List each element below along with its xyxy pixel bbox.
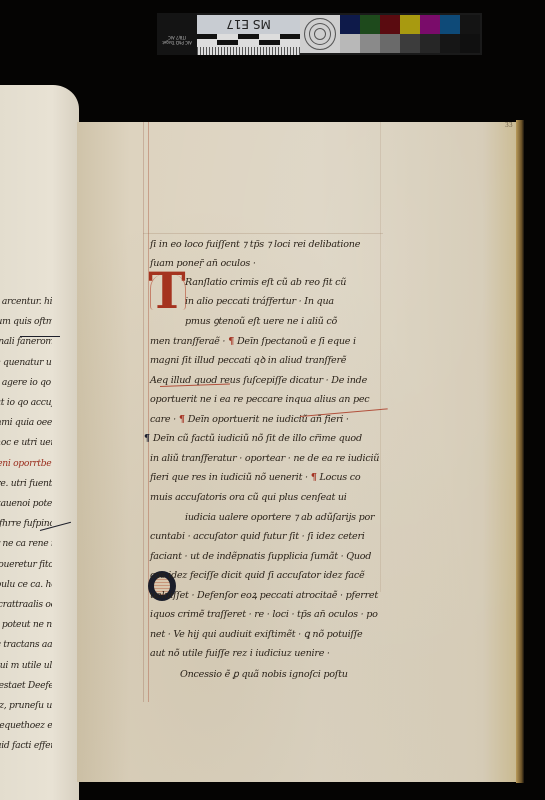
shelfmark-label: MS E17 [197, 15, 300, 34]
color-calibration-target: AIC PhD Target IT8/7 AIC MS E17 [157, 13, 482, 55]
verso-text-line: oe quenatur ui [0, 353, 52, 373]
line-text: cos idez feciſſe dicit quid ſi accuſator… [150, 570, 364, 581]
scale-ruler [197, 34, 300, 55]
line-text: aut nõ utile fuiſſe rez i iudiciuz uenir… [150, 648, 330, 659]
manuscript-text-line: oportuerit ne i ea re peccare inqua aliu… [150, 393, 369, 413]
line-text: Ranſlatio crimis eſt cũ ab reo fit cũ [185, 277, 346, 288]
line-text: pmus ꝯtenoũ eſt uere ne i aliũ cõ [185, 316, 337, 327]
verso-text-line: re arcentur. hic [0, 292, 52, 312]
verso-text-line: fic tractans aau [0, 635, 52, 655]
color-patch [440, 15, 460, 34]
manuscript-text-line: men tranſferaẽ · ¶ Deīn ſpectanoũ e ſi e… [150, 335, 356, 355]
line-text: Deīn oportuerit ne iudiciũ añ fieri · [185, 414, 349, 425]
verso-text-line: re agere io qo re [0, 373, 52, 393]
manuscript-text-line: magni ſit illud peccati qꝺ in aliud tran… [150, 354, 346, 374]
line-text: iudicia ualere oportere ⁊ ab adũſarijs p… [185, 512, 374, 523]
color-patch [380, 34, 400, 53]
verso-text-line: pbulu ce ca. hoc [0, 575, 52, 595]
manuscript-text-line: ſi in eo loco fuiſſent ⁊ tp̃s ⁊ loci rei… [150, 238, 360, 258]
ruling-line-vertical [148, 122, 149, 702]
paragraph-mark-icon: ¶ [308, 472, 317, 483]
line-text: ſuam poneṝ an̄ oculos · [150, 258, 256, 269]
line-text: cuntabi · accuſator quid futur ſit · ſi … [150, 531, 365, 542]
verso-text-line: ipoueretur fito [0, 555, 52, 575]
page-fore-edge [516, 120, 524, 783]
manuscript-text-line: iquos crimẽ traſſeret · re · loci · tp̃s… [150, 608, 378, 628]
paragraph-mark-icon: ¶ [144, 433, 153, 444]
color-patch [360, 15, 380, 34]
line-text: fieri que res in iudiciũ nõ uenerit · [150, 472, 308, 483]
verso-text-fragment: re arcentur. hicftum quis oftmauinali fa… [0, 292, 52, 757]
manuscript-text-line: cuntabi · accuſator quid futur ſit · ſi … [150, 530, 365, 550]
manuscript-text-line: Oncessio ẽ ꝑ quã nobis ignoſci poſtu [180, 668, 348, 688]
manuscript-text-line: ſuam poneṝ an̄ oculos · [150, 257, 256, 277]
line-text: Oncessio ẽ ꝑ quã nobis ignoſci poſtu [180, 669, 348, 680]
line-text: magni ſit illud peccati qꝺ in aliud tran… [150, 355, 346, 366]
verso-page-edge: re arcentur. hicftum quis oftmauinali fa… [0, 85, 79, 800]
color-patch [340, 15, 360, 34]
color-patch [400, 34, 420, 53]
line-text: Aeq illud quod reus ſuſcepiſſe dicatur ·… [150, 375, 367, 386]
manuscript-text-line: care · ¶ Deīn oportuerit ne iudiciũ añ f… [150, 413, 349, 433]
verso-text-line: Deni oporrtber [0, 454, 52, 474]
manuscript-text-line: iudicia ualere oportere ⁊ ab adũſarijs p… [185, 511, 374, 531]
color-patch [360, 34, 380, 53]
manuscript-text-line: aut nõ utile fuiſſe rez i iudiciuz uenir… [150, 647, 330, 667]
manuscript-text-line: Ranſlatio crimis eſt cũ ab reo fit cũ [185, 276, 346, 296]
manuscript-text-line: fieri que res in iudiciũ nõ uenerit · ¶ … [150, 471, 360, 491]
verso-text-line: unmi quia oeeuat [0, 413, 52, 433]
target-label: AIC PhD Target IT8/7 AIC [157, 13, 197, 55]
verso-text-line: ftauenoi pote [0, 494, 52, 514]
line-text: ſi in eo loco fuiſſent ⁊ tp̃s ⁊ loci rei… [150, 239, 360, 250]
line-text: Deīn ſpectanoũ e ſi eque i [234, 336, 356, 347]
verso-text-line: nr ne ca rene i [0, 534, 52, 554]
manuscript-text-line: muis accuſatoris ora cũ qui plus cenſeat… [150, 491, 347, 511]
color-patch [440, 34, 460, 53]
manuscript-text-line: cos idez feciſſe dicit quid ſi accuſator… [150, 569, 364, 589]
color-patches [340, 15, 480, 53]
verso-text-line: rez, pruneſu un [0, 696, 52, 716]
line-text: uoluiſſet · Defenſor eoꝝ peccati atrocit… [150, 590, 378, 601]
manuscript-text-line: uoluiſſet · Defenſor eoꝝ peccati atrocit… [150, 589, 378, 609]
color-patch [420, 34, 440, 53]
line-text: in aliũ tranſferatur · oportear · ne de … [150, 453, 379, 464]
manuscript-text-line: pmus ꝯtenoũ eſt uere ne i aliũ cõ [185, 315, 337, 335]
color-patch [340, 34, 360, 53]
line-text: faciant · ut de indẽpnatis ſupplicia ſum… [150, 551, 371, 562]
folio-number: 33 [505, 122, 513, 129]
ruling-line-vertical [143, 122, 144, 702]
color-patch [380, 15, 400, 34]
paragraph-mark-icon: ¶ [225, 336, 234, 347]
verso-text-line: qui m utile ul [0, 656, 52, 676]
verso-text-line: are. utri fuent [0, 474, 52, 494]
manuscript-text-line: in aliũ tranſferatur · oportear · ne de … [150, 452, 379, 472]
line-text: oportuerit ne i ea re peccare inqua aliu… [150, 394, 369, 405]
line-text: net · Ve hij qui audiuit exiſtimẽt · ꝗ n… [150, 629, 362, 640]
verso-text-line: raequethoez et [0, 716, 52, 736]
manuscript-text-line: net · Ve hij qui audiuit exiſtimẽt · ꝗ n… [150, 628, 362, 648]
target-label-line: AIC PhD Target [157, 40, 197, 45]
manuscript-text-line: faciant · ut de indẽpnatis ſupplicia ſum… [150, 550, 371, 570]
manuscript-text-line: ¶ Deīn cũ factũ iudiciũ nõ ſit de illo c… [144, 432, 362, 452]
line-text: Deīn cũ factũ iudiciũ nõ ſit de illo cr̃… [153, 433, 362, 444]
verso-text-line: ftum quis oftma [0, 312, 52, 332]
manuscript-text-line: Aeq illud quod reus ſuſcepiſſe dicatur ·… [150, 374, 367, 394]
verso-text-line: re poteut ne ni [0, 615, 52, 635]
color-patch [460, 15, 480, 34]
color-patch [400, 15, 420, 34]
color-patch [460, 34, 480, 53]
line-text: Locus co [317, 472, 361, 483]
verso-text-line: aut io qo accufa [0, 393, 52, 413]
line-text: muis accuſatoris ora cũ qui plus cenſeat… [150, 492, 347, 503]
line-text: men tranſferaẽ · [150, 336, 225, 347]
verso-text-line: . hoc e utri uenu [0, 433, 52, 453]
verso-text-line: otestaet Deefen [0, 676, 52, 696]
verso-text-line: tufhrre fufpino [0, 514, 52, 534]
ruling-line-horizontal [143, 233, 383, 234]
paragraph-mark-icon: ¶ [176, 414, 185, 425]
rubric-flourish [20, 336, 60, 337]
line-text: in alio peccati tráffertur · In qua [185, 296, 334, 307]
verso-text-line: quid facti effent [0, 736, 52, 756]
line-text: iquos crimẽ traſſeret · re · loci · tp̃s… [150, 609, 378, 620]
ruling-line-vertical [380, 122, 381, 592]
color-patch [420, 15, 440, 34]
verso-text-line: e crattraalis oe [0, 595, 52, 615]
line-text: care · [150, 414, 176, 425]
manuscript-text-line: in alio peccati tráffertur · In qua [185, 295, 334, 315]
focus-target-icon [300, 15, 340, 53]
